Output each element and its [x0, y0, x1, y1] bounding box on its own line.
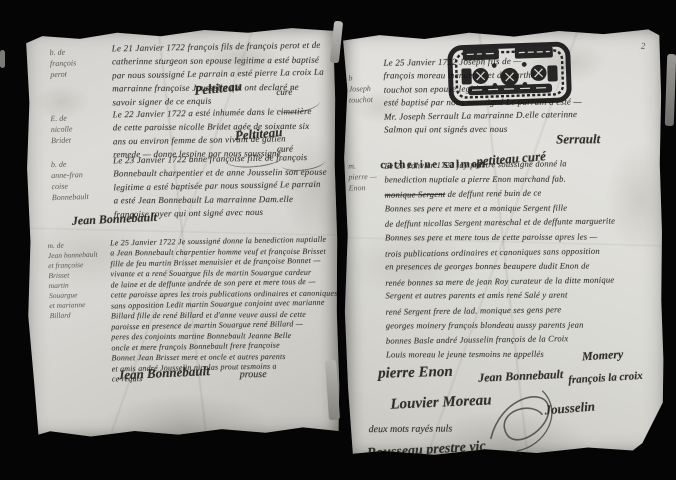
margin-note-line: Enon — [349, 182, 385, 194]
binding-thread-top — [330, 21, 343, 64]
margin-note: b. defrançoisperot — [49, 45, 108, 80]
signature: Momery — [582, 347, 624, 364]
margin-note-line: touchot — [349, 94, 383, 106]
page-edge-sliver — [0, 50, 5, 68]
page-edge-sliver — [665, 54, 676, 126]
margin-note-line: Bridet — [51, 133, 109, 146]
signature: pierre Enon — [378, 364, 453, 383]
left-page-entries: b. defrançoisperotLe 21 Janvier 1722 fra… — [24, 25, 336, 29]
scanned-register-spread: b. defrançoisperotLe 21 Janvier 1722 fra… — [0, 0, 676, 480]
signature: Louvier Moreau — [390, 392, 492, 413]
signature: prouse — [240, 369, 267, 380]
signature: curé — [276, 87, 292, 97]
signature: deux mots rayés nuls — [369, 423, 453, 435]
record-entry: m. deJean bonnebaultet françoiseBrissetm… — [26, 235, 338, 239]
margin-note: b. deanne-francoiseBonnebault — [51, 157, 110, 203]
margin-note-line: b — [348, 72, 382, 84]
margin-note: E. denicolleBridet — [50, 111, 109, 146]
signature: Jean Bonnebault — [72, 210, 158, 229]
margin-note: m. deJean bonnebaultet françoiseBrissetm… — [47, 239, 107, 321]
register-right-page: 2 bJosephtouchotLe 25 Janvier 1722 Josep… — [341, 28, 665, 457]
manuscript-line: Salmon qui ont signés avec nous — [384, 122, 656, 137]
page-number: 2 — [641, 41, 646, 51]
margin-note-line: Bonnebault — [52, 190, 110, 203]
margin-note: bJosephtouchot — [348, 72, 383, 106]
margin-note-line: Billard — [49, 309, 107, 321]
signature: françois la croix — [568, 370, 643, 387]
record-entry: m.pierre —EnonLe 29 Janvier 1722 jay pre… — [342, 156, 662, 159]
signature: Jean Bonnebault — [478, 367, 564, 386]
signature: Rousseau prestre vic — [366, 439, 486, 456]
margin-note: m.pierre —Enon — [348, 160, 385, 194]
entry-text: Le 29 Janvier 1722 jay prestre soussigné… — [384, 156, 662, 363]
fiscal-ink-stamp — [446, 41, 572, 107]
margin-note-line: perot — [50, 67, 108, 80]
ink-paraph-flourish — [480, 384, 577, 456]
signature: Serrault — [556, 131, 600, 147]
right-page-entries: bJosephtouchotLe 25 Janvier 1722 Joseph … — [341, 28, 661, 31]
record-entry: b. defrançoisperotLe 21 Janvier 1722 fra… — [24, 39, 336, 43]
entry-text: Le 25 Janvier 1722 Je soussigné donne la… — [110, 235, 338, 385]
register-left-page: b. defrançoisperotLe 21 Janvier 1722 fra… — [24, 25, 341, 439]
margin-note-line: Joseph — [349, 83, 383, 95]
